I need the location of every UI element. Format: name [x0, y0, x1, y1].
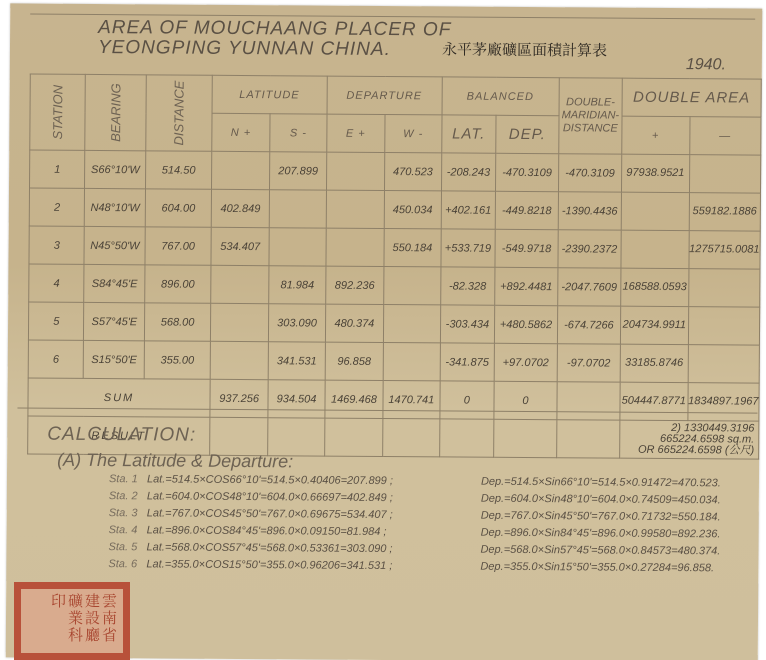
area-plus-cell: 97938.9521 — [621, 154, 689, 192]
sum-area-plus: 504447.8771 — [620, 382, 688, 420]
calculation-row: Sta. 6 Lat.=355.0×COS15°50'=355.0×0.9620… — [46, 558, 746, 580]
station-label: Sta. 4 — [109, 524, 145, 536]
area-minus-cell — [688, 269, 760, 307]
sum-label: SUM — [28, 378, 210, 417]
north-cell: 534.407 — [211, 227, 270, 265]
latitude-formula: Lat.=896.0×COS84°45'=896.0×0.09150=81.98… — [147, 524, 387, 538]
sum-balanced-dep: 0 — [494, 381, 557, 419]
area-plus-cell — [621, 192, 689, 230]
table-row: 2 N48°10'W 604.00 402.849 450.034 +402.1… — [29, 188, 760, 231]
balanced-lat-cell: +533.719 — [441, 229, 496, 267]
area-plus-cell: 168588.0593 — [621, 268, 689, 306]
balanced-header: BALANCED — [442, 77, 559, 116]
balanced-lat-cell: -341.875 — [440, 343, 495, 381]
south-cell: 207.899 — [270, 152, 327, 190]
station-number: 2 — [29, 188, 85, 226]
calculation-subtitle: (A) The Latitude & Departure: — [57, 450, 747, 476]
table-row: 3 N45°50'W 767.00 534.407 550.184 +533.7… — [29, 226, 760, 269]
dmd-cell: -470.3109 — [558, 154, 621, 192]
bearing-cell: S15°50'E — [84, 340, 145, 378]
distance-cell: 568.00 — [145, 303, 211, 341]
calculation-section: CALCULATION: (A) The Latitude & Departur… — [46, 424, 747, 580]
north-cell — [211, 265, 270, 303]
table-row: 1 S66°10'W 514.50 207.899 470.523 -208.2… — [30, 150, 761, 193]
station-header: STATION — [30, 74, 86, 150]
departure-formula: Dep.=514.5×Sin66°10'=514.5×0.91472=470.5… — [481, 476, 721, 490]
balanced-lat-cell: -303.434 — [440, 305, 495, 343]
lat-header: LAT. — [441, 115, 496, 153]
station-number: 6 — [28, 340, 84, 378]
east-cell — [326, 228, 385, 266]
station-label: Sta. 5 — [108, 541, 144, 553]
west-cell: 450.034 — [384, 191, 441, 229]
dmd-cell: -97.0702 — [557, 344, 620, 382]
station-number: 5 — [28, 302, 84, 340]
latitude-formula: Lat.=604.0×COS48°10'=604.0×0.66697=402.8… — [147, 490, 393, 504]
seal-text: 雲南省建設廳礦業科印 — [27, 593, 117, 649]
year-label: 1940. — [686, 56, 726, 74]
calculation-title: CALCULATION: — [47, 424, 747, 451]
balanced-dep-cell: -470.3109 — [496, 153, 559, 191]
station-label: Sta. 3 — [109, 507, 145, 519]
north-cell — [211, 151, 270, 189]
area-plus-cell — [621, 230, 689, 268]
station-number: 4 — [29, 264, 85, 302]
dmd-header: DOUBLE-MARIDIAN-DISTANCE — [559, 78, 623, 154]
north-cell — [210, 303, 269, 341]
east-cell: 892.236 — [325, 266, 384, 304]
west-cell — [383, 342, 440, 380]
calculation-rows: Sta. 1 Lat.=514.5×COS66°10'=514.5×0.4040… — [46, 473, 747, 580]
departure-formula: Dep.=767.0×Sin45°50'=767.0×0.71732=550.1… — [481, 510, 721, 524]
area-plus-cell: 204734.9911 — [620, 306, 688, 344]
area-minus-cell: 1275715.0081 — [689, 231, 761, 269]
area-plus-header: + — [622, 116, 690, 154]
distance-cell: 604.00 — [145, 189, 211, 227]
balanced-dep-cell: -449.8218 — [495, 191, 558, 229]
departure-formula: Dep.=896.0×Sin84°45'=896.0×0.99580=892.2… — [481, 527, 721, 541]
distance-cell: 896.00 — [145, 265, 211, 303]
sum-balanced-lat: 0 — [439, 381, 494, 419]
north-cell: 402.849 — [211, 189, 270, 227]
bearing-cell: N48°10'W — [85, 188, 146, 226]
south-cell: 303.090 — [269, 304, 326, 342]
sum-area-minus: 1834897.1967 — [687, 383, 759, 421]
area-minus-cell — [688, 345, 760, 383]
dep-header: DEP. — [496, 115, 559, 153]
departure-header: DEPARTURE — [327, 76, 442, 115]
dmd-cell: -1390.4436 — [558, 192, 621, 230]
distance-cell: 355.00 — [144, 341, 210, 379]
east-cell — [326, 152, 385, 190]
east-cell: 480.374 — [325, 304, 384, 342]
title-line-2: YEONGPING YUNNAN CHINA. — [98, 38, 391, 59]
area-minus-cell — [688, 307, 760, 345]
station-label: Sta. 6 — [108, 558, 144, 570]
e-plus-header: E + — [326, 114, 385, 152]
sum-south: 934.504 — [268, 380, 325, 418]
balanced-dep-cell: +480.5862 — [495, 305, 558, 343]
latitude-header: LATITUDE — [212, 75, 327, 114]
red-seal-stamp: 雲南省建設廳礦業科印 — [14, 582, 130, 660]
south-cell: 81.984 — [269, 266, 326, 304]
area-minus-header: — — [689, 117, 761, 155]
area-minus-cell — [689, 155, 761, 193]
north-cell — [210, 341, 269, 379]
south-cell — [269, 228, 326, 266]
departure-formula: Dep.=568.0×Sin57°45'=568.0×0.84573=480.3… — [480, 544, 720, 558]
traverse-table: STATION BEARING DISTANCE LATITUDE DEPART… — [27, 74, 762, 460]
south-cell: 341.531 — [268, 342, 325, 380]
table-row: 5 S57°45'E 568.00 303.090 480.374 -303.4… — [28, 302, 759, 345]
dmd-cell: -674.7266 — [557, 306, 620, 344]
table-row: 6 S15°50'E 355.00 341.531 96.858 -341.87… — [28, 340, 759, 383]
bearing-header: BEARING — [85, 74, 146, 150]
departure-formula: Dep.=604.0×Sin48°10'=604.0×0.74509=450.0… — [481, 493, 721, 507]
sum-dmd — [557, 382, 620, 420]
east-cell: 96.858 — [325, 342, 384, 380]
distance-header: DISTANCE — [146, 75, 212, 151]
balanced-lat-cell: -208.243 — [441, 153, 496, 191]
departure-formula: Dep.=355.0×Sin15°50'=355.0×0.27284=96.85… — [480, 561, 714, 575]
west-cell — [384, 304, 441, 342]
latitude-formula: Lat.=767.0×COS45°50'=767.0×0.69675=534.4… — [147, 507, 393, 521]
area-plus-cell: 33185.8746 — [620, 344, 688, 382]
bearing-cell: S66°10'W — [85, 150, 146, 188]
s-minus-header: S - — [270, 114, 327, 152]
west-cell: 550.184 — [384, 228, 441, 266]
distance-cell: 514.50 — [146, 151, 212, 189]
balanced-lat-cell: -82.328 — [440, 267, 495, 305]
sum-east: 1469.468 — [325, 380, 384, 418]
station-number: 3 — [29, 226, 85, 264]
double-area-header: DOUBLE AREA — [622, 78, 761, 117]
balanced-dep-cell: +97.0702 — [494, 343, 557, 381]
west-cell — [384, 266, 441, 304]
survey-document: AREA OF MOUCHAANG PLACER OF YEONGPING YU… — [6, 3, 763, 660]
dmd-cell: -2390.2372 — [558, 230, 621, 268]
west-cell: 470.523 — [385, 153, 442, 191]
balanced-dep-cell: -549.9718 — [495, 229, 558, 267]
bearing-cell: N45°50'W — [84, 226, 145, 264]
title-line-1: AREA OF MOUCHAANG PLACER OF — [98, 18, 451, 39]
dmd-cell: -2047.7609 — [557, 268, 620, 306]
w-minus-header: W - — [385, 115, 442, 153]
latitude-formula: Lat.=355.0×COS15°50'=355.0×0.96206=341.5… — [146, 558, 392, 572]
station-label: Sta. 1 — [109, 473, 145, 485]
balanced-lat-cell: +402.161 — [441, 191, 496, 229]
table-row: 4 S84°45'E 896.00 81.984 892.236 -82.328… — [29, 264, 760, 307]
bearing-cell: S57°45'E — [84, 302, 145, 340]
station-label: Sta. 2 — [109, 490, 145, 502]
bearing-cell: S84°45'E — [84, 264, 145, 302]
sum-row: SUM 937.256 934.504 1469.468 1470.741 0 … — [28, 378, 759, 421]
header-row-1: STATION BEARING DISTANCE LATITUDE DEPART… — [30, 74, 761, 117]
sum-west: 1470.741 — [383, 380, 440, 418]
chinese-title: 永平茅廠礦區面積計算表 — [442, 38, 607, 60]
south-cell — [270, 190, 327, 228]
latitude-formula: Lat.=568.0×COS57°45'=568.0×0.53361=303.0… — [146, 541, 392, 555]
area-minus-cell: 559182.1886 — [689, 193, 761, 231]
balanced-dep-cell: +892.4481 — [495, 267, 558, 305]
sum-north: 937.256 — [210, 379, 269, 417]
station-number: 1 — [30, 150, 86, 188]
east-cell — [326, 190, 385, 228]
n-plus-header: N + — [212, 113, 271, 151]
latitude-formula: Lat.=514.5×COS66°10'=514.5×0.40406=207.8… — [147, 473, 393, 487]
distance-cell: 767.00 — [145, 227, 211, 265]
